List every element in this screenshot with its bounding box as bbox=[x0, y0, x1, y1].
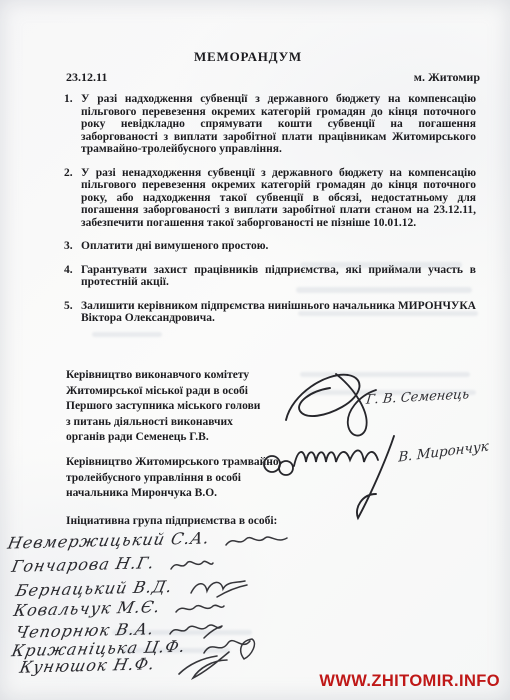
item-number: 4. bbox=[64, 264, 81, 289]
signatory-line: Керівництво виконавчого комітету bbox=[66, 368, 308, 384]
signatory-line: Житомирської міської ради в особі bbox=[66, 384, 308, 400]
document-title: МЕМОРАНДУМ bbox=[0, 49, 496, 65]
item-number: 5. bbox=[64, 300, 81, 325]
initiative-member-row: Ковальчук М.Є. bbox=[14, 599, 226, 618]
signatory-line: з питань діяльності виконавчих bbox=[66, 415, 308, 431]
handwritten-member-name: Невмержицький С.А. bbox=[6, 528, 212, 552]
memo-item-1: 1. У разі надходження субвенції з держав… bbox=[64, 93, 476, 156]
memo-item-3: 3. Оплатити дні вимушеного простою. bbox=[64, 240, 476, 253]
watermark: WWW.ZHITOMIR.INFO bbox=[319, 672, 500, 691]
scanned-memorandum-page: МЕМОРАНДУМ 23.12.11 м. Житомир 1. У разі… bbox=[0, 0, 510, 700]
item-text: У разі ненадходження субвенції з державн… bbox=[81, 167, 476, 230]
document-city: м. Житомир bbox=[414, 70, 480, 85]
memo-item-5: 5. Залишити керівником підпрємства ниніш… bbox=[64, 300, 476, 325]
document-meta-row: 23.12.11 м. Житомир bbox=[66, 70, 480, 85]
handwritten-member-name: Бернацький В.Д. bbox=[14, 576, 174, 599]
signature-squiggle-icon bbox=[174, 601, 226, 617]
handwritten-member-name: Гончарова Н.Г. bbox=[10, 553, 157, 576]
handwritten-member-name: Кунюшок Н.Ф. bbox=[18, 654, 157, 677]
item-number: 2. bbox=[64, 167, 81, 230]
document-date: 23.12.11 bbox=[66, 70, 107, 85]
handwritten-member-name: Ковальчук М.Є. bbox=[12, 597, 162, 620]
signature-squiggle-icon bbox=[169, 650, 239, 680]
item-text: Залишити керівником підпрємства нинішньо… bbox=[81, 300, 476, 325]
initiative-member-row: Бернацький В.Д. bbox=[16, 577, 249, 599]
initiative-group-heading: Ініциативна група підприємства в особі: bbox=[66, 515, 277, 527]
initiative-member-row: Кунюшок Н.Ф. bbox=[20, 650, 239, 680]
signature-squiggle-icon bbox=[169, 557, 215, 573]
memo-item-2: 2. У разі ненадходження субвенції з держ… bbox=[64, 167, 476, 230]
memo-item-4: 4. Гарантувати захист працівників підпри… bbox=[64, 264, 476, 289]
signatory-line: Першого заступника міського голови bbox=[66, 399, 308, 415]
initiative-member-row: Гончарова Н.Г. bbox=[12, 555, 215, 574]
item-text: Оплатити дні вимушеного простою. bbox=[81, 240, 476, 253]
item-text: Гарантувати захист працівників підприємс… bbox=[81, 264, 476, 289]
item-text: У разі надходження субвенції з державног… bbox=[81, 93, 476, 156]
item-number: 1. bbox=[64, 93, 81, 156]
signature-squiggle-icon bbox=[187, 577, 249, 599]
initiative-member-row: Невмержицький С.А. bbox=[8, 531, 290, 550]
memo-items-list: 1. У разі надходження субвенції з держав… bbox=[64, 93, 476, 336]
signature-squiggle-icon bbox=[224, 533, 290, 549]
item-number: 3. bbox=[64, 240, 81, 253]
